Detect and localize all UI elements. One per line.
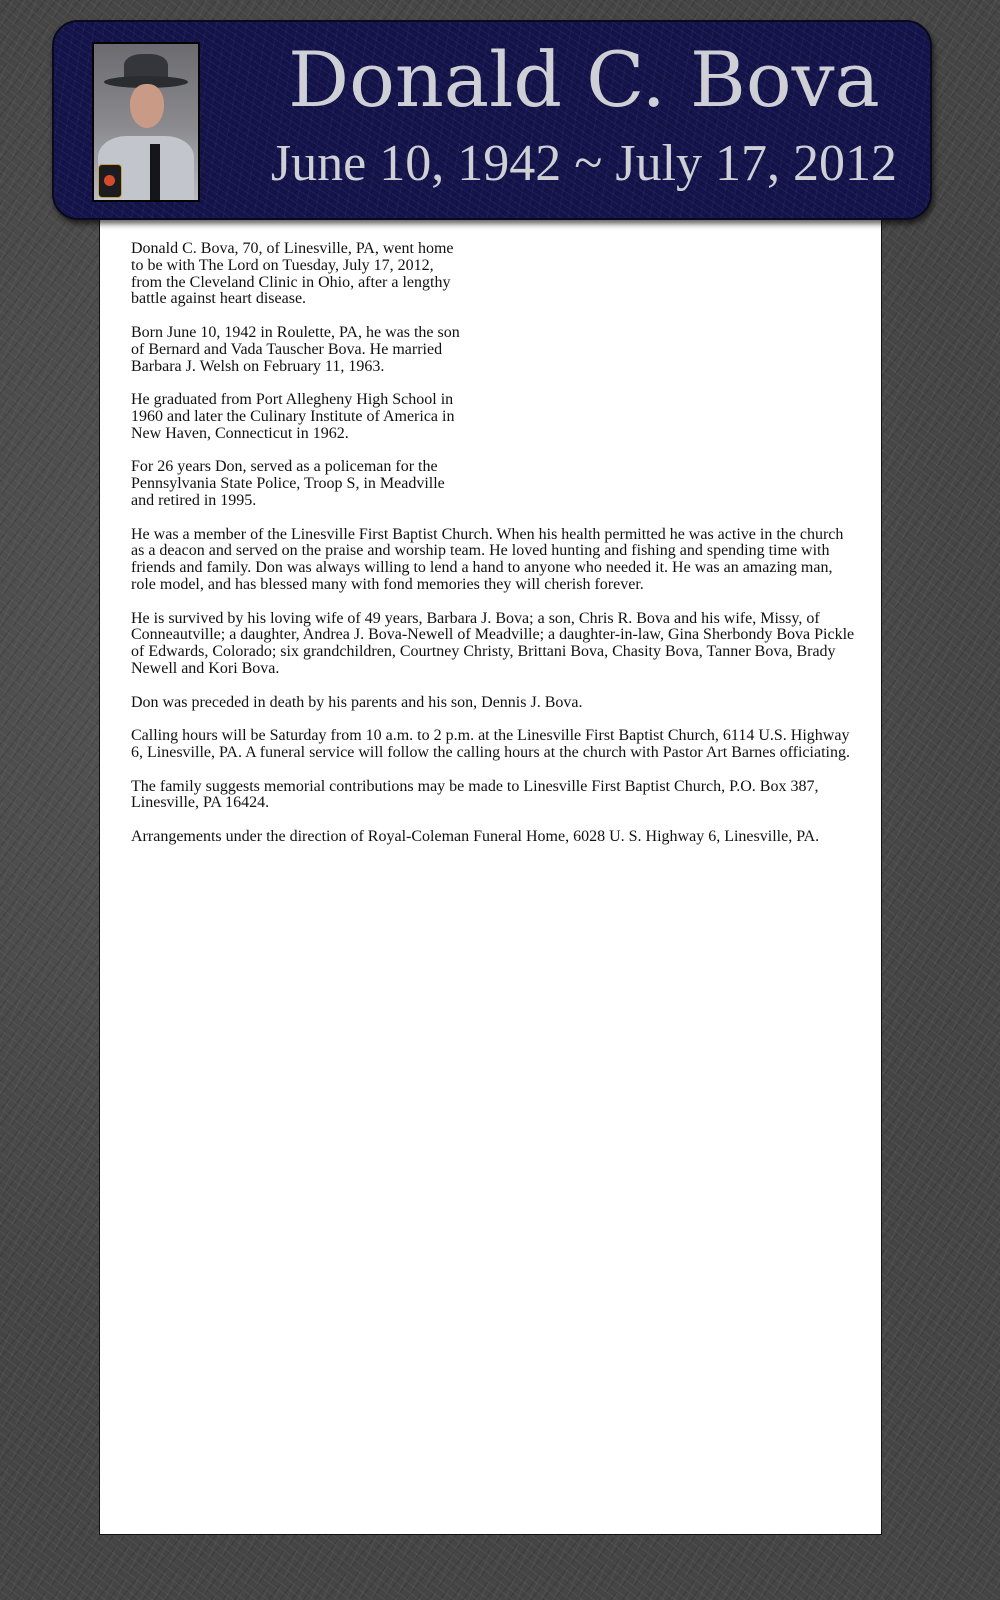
header-banner: Donald C. Bova June 10, 1942 ~ July 17, …: [52, 20, 932, 220]
paragraph-preceded: Don was preceded in death by his parents…: [131, 695, 856, 712]
paragraph-career: For 26 years Don, served as a policeman …: [131, 459, 466, 509]
portrait-photo: [92, 42, 200, 202]
paragraph-memorials: The family suggests memorial contributio…: [131, 779, 856, 813]
paragraph-passing: Donald C. Bova, 70, of Linesville, PA, w…: [131, 241, 466, 308]
paragraph-survivors: He is survived by his loving wife of 49 …: [131, 611, 856, 678]
tie-shape: [150, 144, 160, 200]
life-dates: June 10, 1942 ~ July 17, 2012: [244, 134, 924, 194]
paragraph-birth-marriage: Born June 10, 1942 in Roulette, PA, he w…: [131, 325, 466, 375]
paragraph-arrangements: Arrangements under the direction of Roya…: [131, 829, 856, 846]
police-patch-icon: [98, 164, 122, 198]
obituary-text: Donald C. Bova, 70, of Linesville, PA, w…: [131, 241, 856, 862]
paragraph-church: He was a member of the Linesville First …: [131, 527, 856, 594]
paragraph-education: He graduated from Port Allegheny High Sc…: [131, 392, 466, 442]
deceased-name-title: Donald C. Bova: [244, 30, 924, 130]
face-shape: [130, 84, 164, 128]
paragraph-calling-hours: Calling hours will be Saturday from 10 a…: [131, 728, 856, 762]
